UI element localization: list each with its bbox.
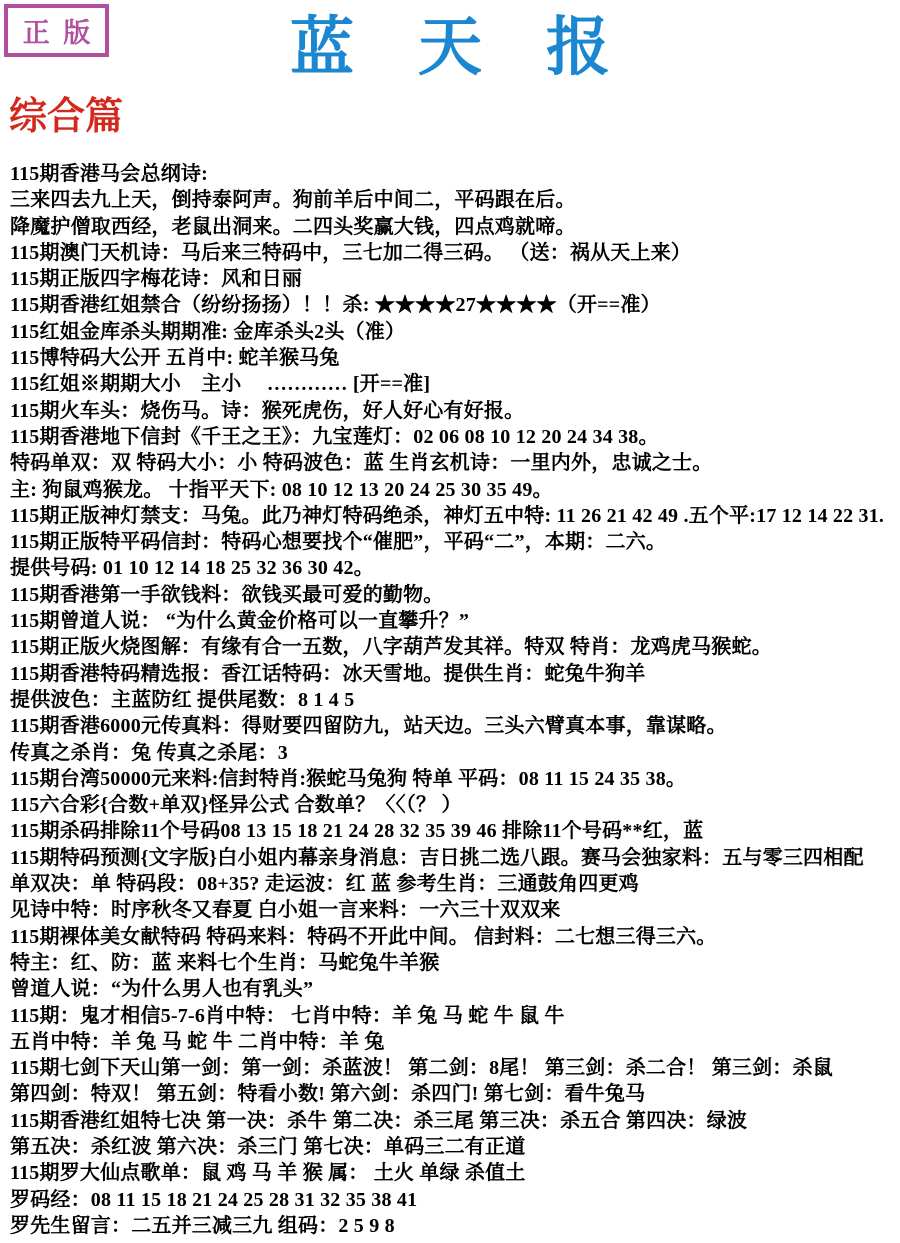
text-line: 单双决：单 特码段：08+35? 走运波：红 蓝 参考生肖：三通鼓角四更鸡: [10, 871, 900, 897]
text-line: 罗码经：08 11 15 18 21 24 25 28 31 32 35 38 …: [10, 1187, 900, 1213]
text-line: 115期香港红姐禁合（纷纷扬扬）！！杀: ★★★★27★★★★（开==准）: [10, 292, 900, 318]
newspaper-page: 正 版 蓝 天 报 综合篇 115期香港马会总纲诗: 三来四去九上天，倒持泰阿声…: [0, 0, 900, 1243]
text-line: 提供波色：主蓝防红 提供尾数：8 1 4 5: [10, 687, 900, 713]
text-line: 115期香港地下信封《千王之王》：九宝莲灯：02 06 08 10 12 20 …: [10, 424, 900, 450]
text-line: 主: 狗鼠鸡猴龙。 十指平天下: 08 10 12 13 20 24 25 30…: [10, 477, 900, 503]
text-line: 115期七剑下天山第一剑：第一剑：杀蓝波！ 第二剑：8尾！ 第三剑：杀二合！ 第…: [10, 1055, 900, 1081]
section-heading: 综合篇: [9, 94, 123, 140]
text-line: 罗先生留言：二五并三减三九 组码：2 5 9 8: [10, 1213, 900, 1239]
text-line: 降魔护僧取西经，老鼠出洞来。二四头奖赢大钱，四点鸡就啼。: [10, 214, 900, 240]
text-line: 115博特码大公开 五肖中: 蛇羊猴马兔: [10, 345, 900, 371]
text-line: 115期：鬼才相信5-7-6肖中特： 七肖中特：羊 兔 马 蛇 牛 鼠 牛: [10, 1003, 900, 1029]
text-line: 115期澳门天机诗：马后来三特码中，三七加二得三码。 （送：祸从天上来）: [10, 240, 900, 266]
text-line: 115期香港马会总纲诗:: [10, 161, 900, 187]
text-line: 115期火车头：烧伤马。诗：猴死虎伤，好人好心有好报。: [10, 398, 900, 424]
text-line: 115六合彩{合数+单双}怪异公式 合数单？〈〈（？ ）: [10, 792, 900, 818]
page-title: 蓝 天 报: [0, 6, 900, 90]
text-line: 特主：红、防：蓝 来料七个生肖：马蛇兔牛羊猴: [10, 950, 900, 976]
text-line: 115期曾道人说： “为什么黄金价格可以一直攀升？”: [10, 608, 900, 634]
text-line: 传真之杀肖：兔 传真之杀尾：3: [10, 740, 900, 766]
text-line: 见诗中特：时序秋冬又春夏 白小姐一言来料：一六三十双双来: [10, 897, 900, 923]
text-line: 115期正版四字梅花诗：风和日丽: [10, 266, 900, 292]
text-line: 提供号码: 01 10 12 14 18 25 32 36 30 42。: [10, 555, 900, 581]
text-line: 115期特码预测{文字版}白小姐内幕亲身消息：吉日挑二选八跟。赛马会独家料：五与…: [10, 845, 900, 871]
text-line: 五肖中特：羊 兔 马 蛇 牛 二肖中特：羊 兔: [10, 1029, 900, 1055]
text-line: 115期台湾50000元来料:信封特肖:猴蛇马兔狗 特单 平码：08 11 15…: [10, 766, 900, 792]
text-line: 曾道人说：“为什么男人也有乳头”: [10, 976, 900, 1002]
text-line: 115期正版特平码信封：特码心想要找个“催肥”，平码“二”，本期：二六。: [10, 529, 900, 555]
text-line: 115期杀码排除11个号码08 13 15 18 21 24 28 32 35 …: [10, 818, 900, 844]
text-line: 115期正版神灯禁支：马兔。此乃神灯特码绝杀，神灯五中特: 11 26 21 4…: [10, 503, 900, 529]
text-line: 第四剑：特双！ 第五剑：特看小数! 第六剑：杀四门! 第七剑：看牛兔马: [10, 1081, 900, 1107]
text-line: 115期裸体美女献特码 特码来料：特码不开此中间。 信封料：二七想三得三六。: [10, 924, 900, 950]
text-line: 115期香港6000元传真料：得财要四留防九，站天边。三头六臂真本事，靠谋略。: [10, 713, 900, 739]
text-line: 115红姐※期期大小 主小 ………… [开==准]: [10, 371, 900, 397]
text-line: 115期罗大仙点歌单：鼠 鸡 马 羊 猴 属： 土火 单绿 杀值土: [10, 1160, 900, 1186]
text-line: 第五决：杀红波 第六决：杀三门 第七决：单码三二有正道: [10, 1134, 900, 1160]
text-line: 特码单双：双 特码大小：小 特码波色：蓝 生肖玄机诗：一里内外，忠诚之士。: [10, 450, 900, 476]
text-line: 115红姐金库杀头期期准: 金库杀头2头（准）: [10, 319, 900, 345]
text-line: 115期香港第一手欲钱料：欲钱买最可爱的勤物。: [10, 582, 900, 608]
text-line: 115期香港红姐特七决 第一决：杀牛 第二决：杀三尾 第三决：杀五合 第四决：绿…: [10, 1108, 900, 1134]
text-line: 三来四去九上天，倒持泰阿声。狗前羊后中间二，平码跟在后。: [10, 187, 900, 213]
body-text-block: 115期香港马会总纲诗: 三来四去九上天，倒持泰阿声。狗前羊后中间二，平码跟在后…: [10, 161, 900, 1239]
text-line: 115期正版火烧图解：有缘有合一五数，八字葫芦发其祥。特双 特肖：龙鸡虎马猴蛇。: [10, 634, 900, 660]
text-line: 115期香港特码精选报：香江话特码：冰天雪地。提供生肖：蛇兔牛狗羊: [10, 661, 900, 687]
